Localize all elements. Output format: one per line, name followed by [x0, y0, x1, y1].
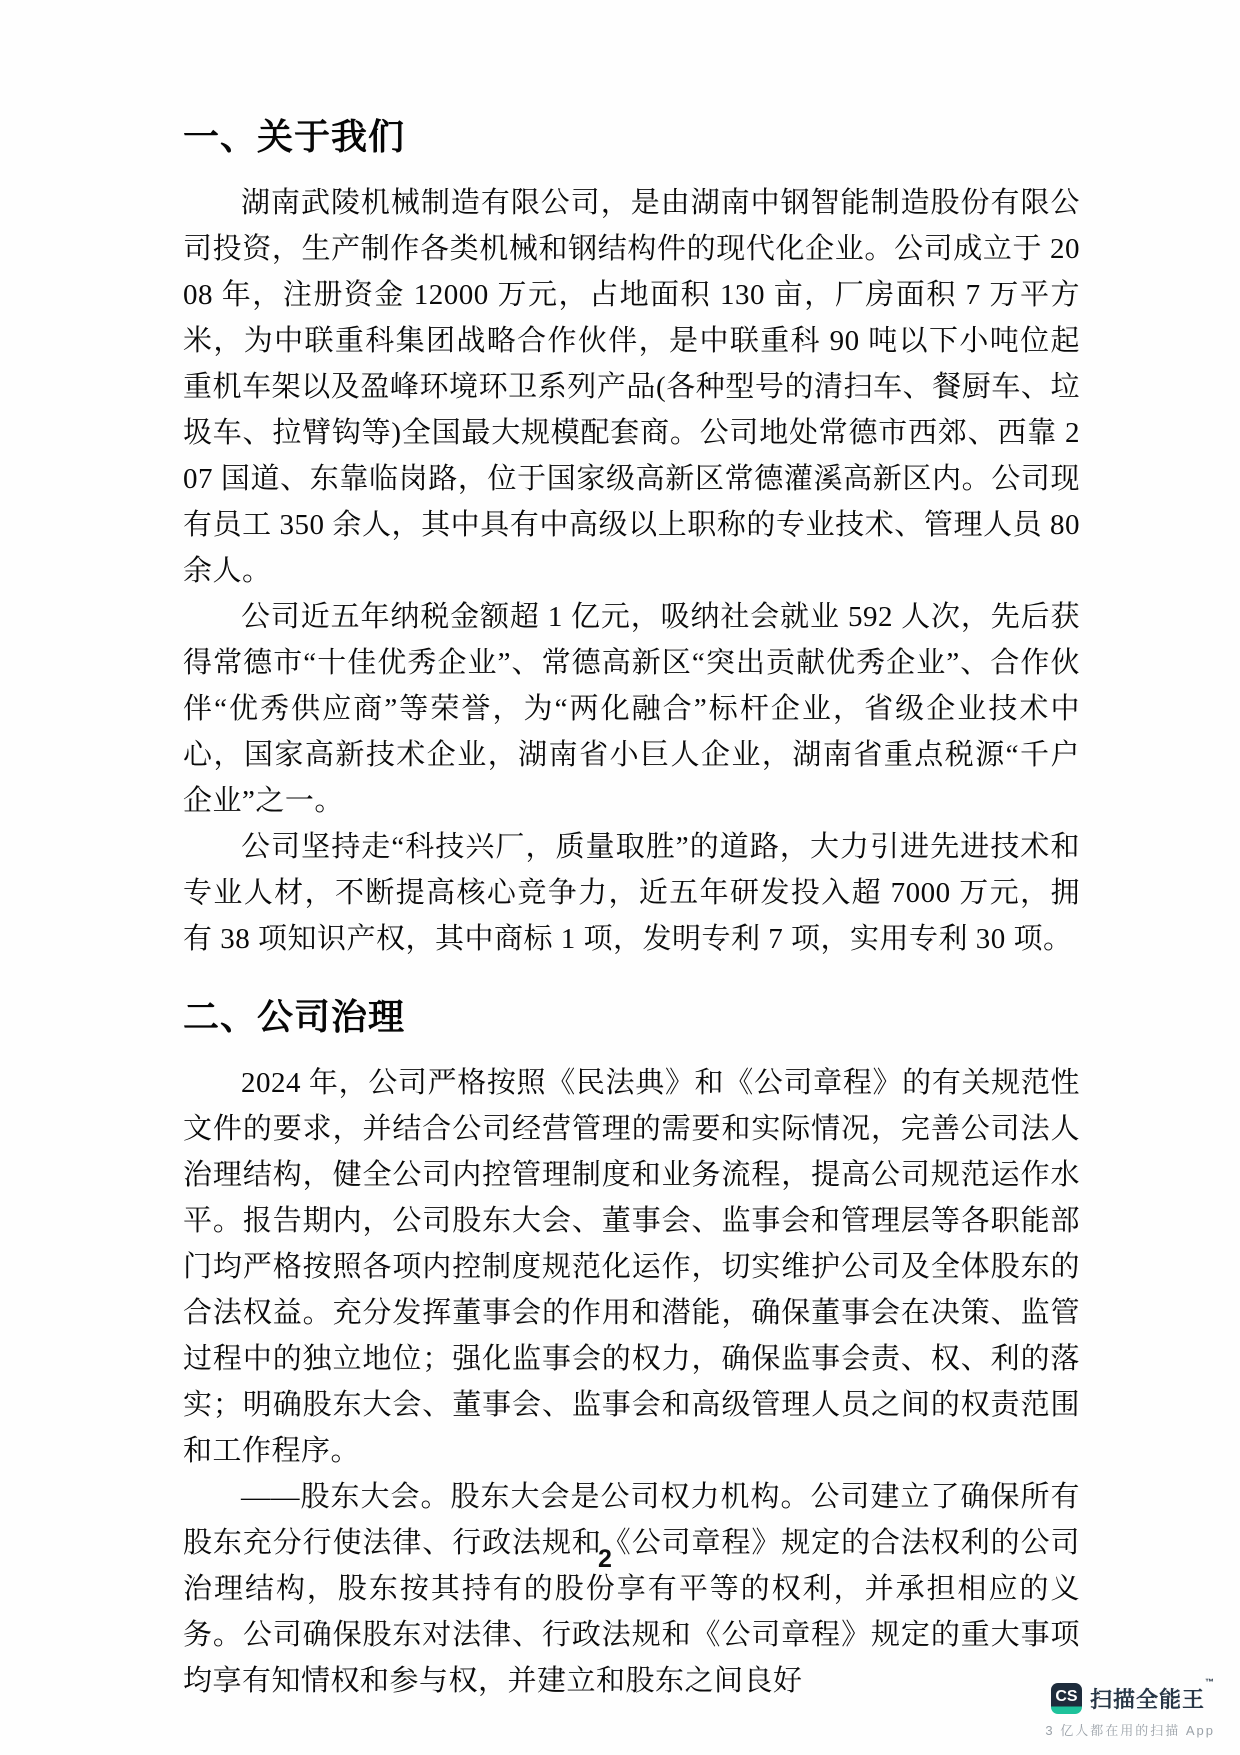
trademark-symbol: ™	[1205, 1677, 1215, 1687]
camscanner-watermark: CS 扫描全能王™ 3 亿人都在用的扫描 App	[1015, 1683, 1215, 1739]
paragraph-governance-overview: 2024 年，公司严格按照《民法典》和《公司章程》的有关规范性文件的要求，并结合…	[183, 1060, 1080, 1474]
page-number: 2	[0, 1545, 1210, 1574]
camscanner-app-name: 扫描全能王™	[1090, 1683, 1215, 1714]
section-heading-governance: 二、公司治理	[183, 992, 1080, 1042]
camscanner-app-name-text: 扫描全能王	[1090, 1687, 1205, 1712]
scanned-document-page: 一、关于我们 湖南武陵机械制造有限公司，是由湖南中钢智能制造股份有限公司投资，生…	[0, 0, 1240, 1755]
paragraph-rd-investment: 公司坚持走“科技兴厂，质量取胜”的道路，大力引进先进技术和专业人材，不断提高核心…	[183, 824, 1080, 962]
section-heading-about-us: 一、关于我们	[183, 112, 1080, 162]
paragraph-shareholders-meeting: ——股东大会。股东大会是公司权力机构。公司建立了确保所有股东充分行使法律、行政法…	[183, 1474, 1080, 1704]
camscanner-tagline: 3 亿人都在用的扫描 App	[1015, 1720, 1215, 1739]
camscanner-cs-icon: CS	[1051, 1683, 1082, 1714]
paragraph-company-intro: 湖南武陵机械制造有限公司，是由湖南中钢智能制造股份有限公司投资，生产制作各类机械…	[183, 180, 1080, 594]
document-content: 一、关于我们 湖南武陵机械制造有限公司，是由湖南中钢智能制造股份有限公司投资，生…	[183, 112, 1080, 1704]
camscanner-logo-row: CS 扫描全能王™	[1015, 1683, 1215, 1714]
paragraph-honors: 公司近五年纳税金额超 1 亿元，吸纳社会就业 592 人次，先后获得常德市“十佳…	[183, 594, 1080, 824]
